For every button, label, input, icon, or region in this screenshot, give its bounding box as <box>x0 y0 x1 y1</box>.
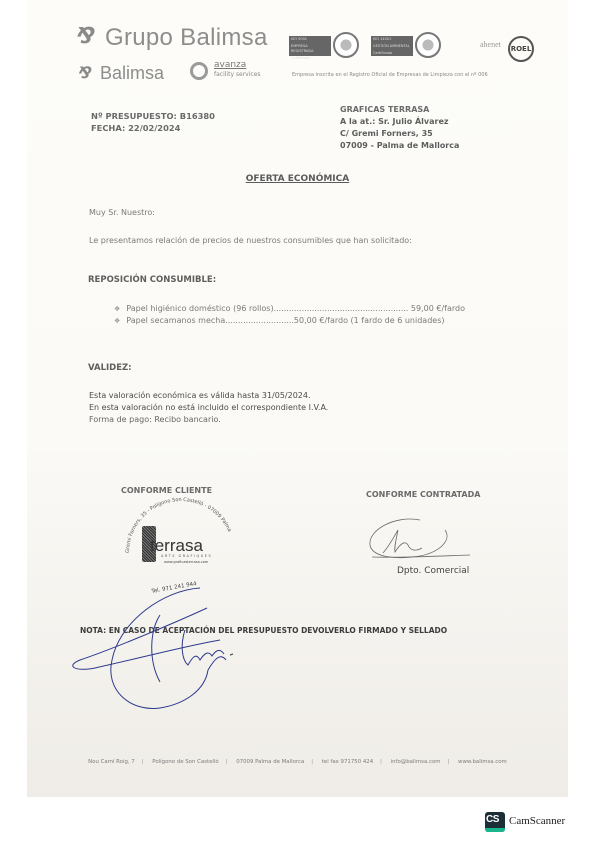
company-footer: Nou Camí Roig, 7| Polígono de Son Castel… <box>0 759 595 765</box>
balimsa-small-logo-icon: ⅋ <box>78 63 92 82</box>
document-title: OFERTA ECONÓMICA <box>0 174 595 184</box>
balimsa-logo-icon: ⅋ <box>76 24 95 49</box>
bullet-icon: ❖ <box>114 305 120 313</box>
budget-number: Nº PRESUPUESTO: B16380 <box>91 111 215 121</box>
avanza-check-icon <box>190 62 208 80</box>
list-item: ❖Papel secamanos mecha..................… <box>114 316 444 325</box>
list-item: ❖Papel higiénico doméstico (96 rollos)..… <box>114 304 465 313</box>
validity-line: Esta valoración económica es válida hast… <box>89 391 311 400</box>
contractor-conformity-label: CONFORME CONTRATADA <box>366 490 480 499</box>
bullet-icon: ❖ <box>114 317 120 325</box>
section-heading: REPOSICIÓN CONSUMIBLE: <box>88 275 216 285</box>
bureau-veritas-seal-icon <box>333 32 359 58</box>
ahenet-logo: ahenet <box>480 40 501 49</box>
brand-sub: Balimsa <box>100 63 164 84</box>
camscanner-name: CamScanner <box>509 815 565 827</box>
avanza-title: avanza <box>214 60 246 70</box>
client-attention: A la at.: Sr. Julio Álvarez <box>340 117 449 126</box>
validity-line: Forma de pago: Recibo bancario. <box>89 415 221 424</box>
stamp-company: terrasa <box>150 536 203 556</box>
iso-14001-certificate: ISO 14001GESTIÓN AMBIENTALCertificada <box>371 36 443 56</box>
intro-text: Le presentamos relación de precios de nu… <box>89 236 412 245</box>
validity-heading: VALIDEZ: <box>88 363 132 373</box>
iso-9001-certificate: ISO 9001EMPRESA REGISTRADACertificado <box>289 36 361 56</box>
department-label: Dpto. Comercial <box>397 566 469 576</box>
budget-date: FECHA: 22/02/2024 <box>91 123 180 133</box>
stamp-web: www.graficasterrasa.com <box>164 560 208 564</box>
camscanner-logo-icon: CS <box>485 812 505 832</box>
roel-logo: ROEL <box>508 36 534 62</box>
client-city: 07009 - Palma de Mallorca <box>340 141 459 150</box>
bureau-veritas-seal-icon <box>415 32 441 58</box>
avanza-subtitle: facility services <box>214 71 261 78</box>
stamp-subtitle: ARTS GRAFIQUES <box>161 554 212 558</box>
client-street: C/ Gremi Forners, 35 <box>340 129 433 138</box>
acceptance-note: NOTA: EN CASO DE ACEPTACIÓN DEL PRESUPUE… <box>80 626 447 635</box>
greeting: Muy Sr. Nuestro: <box>89 208 155 217</box>
brand-main: Grupo Balimsa <box>105 24 268 52</box>
validity-line: En esta valoración no está incluido el c… <box>89 403 328 412</box>
client-company: GRAFICAS TERRASA <box>340 105 429 114</box>
registry-note: Empresa inscrita en el Registro Oficial … <box>292 72 488 78</box>
